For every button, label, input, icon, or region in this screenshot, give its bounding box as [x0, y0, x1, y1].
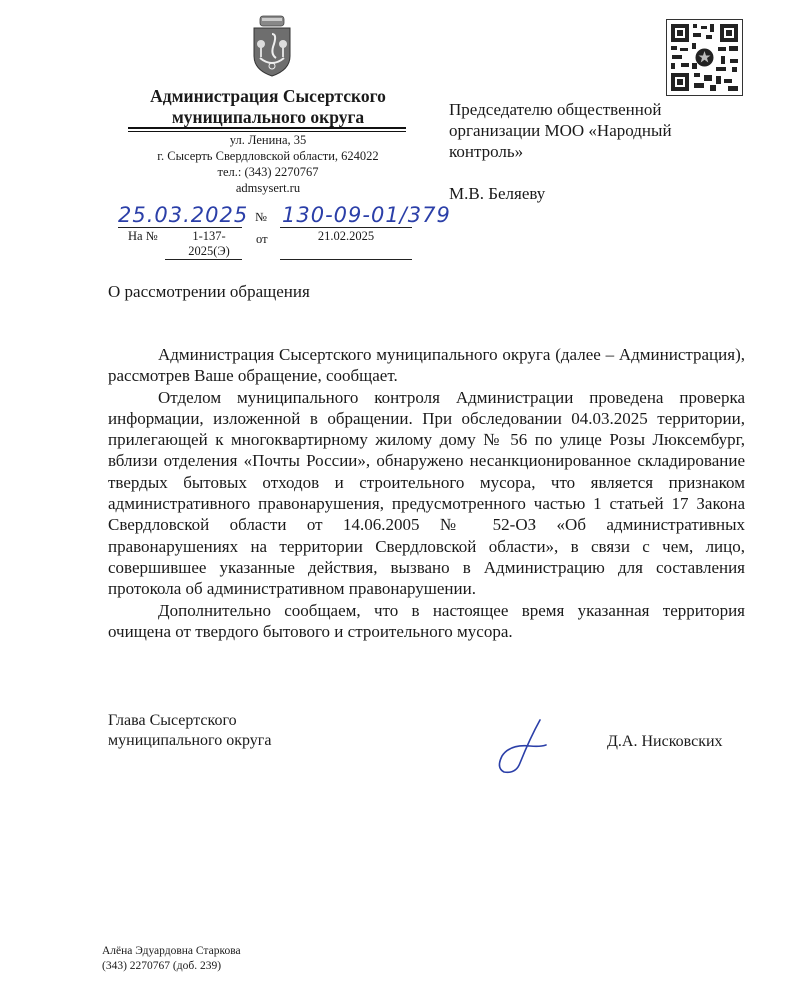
- address-phone: тел.: (343) 2270767: [120, 164, 416, 180]
- executor-info: Алёна Эдуардовна Старкова (343) 2270767 …: [102, 944, 241, 974]
- qr-code-icon: [666, 19, 743, 96]
- letter-subject: О рассмотрении обращения: [108, 282, 310, 302]
- reply-to-number-line1: 1-137-: [178, 229, 240, 244]
- handwritten-signature-icon: [490, 718, 560, 778]
- registration-date: 25.03.2025: [118, 203, 248, 227]
- letter-body: Администрация Сысертского муниципального…: [108, 344, 745, 642]
- letterhead-rule-thick: [128, 127, 406, 129]
- registration-number-label: №: [255, 210, 267, 225]
- body-paragraph: Администрация Сысертского муниципального…: [108, 344, 745, 387]
- organization-address: ул. Ленина, 35 г. Сысерть Свердловской о…: [120, 132, 416, 196]
- body-paragraph: Дополнительно сообщаем, что в настоящее …: [108, 600, 745, 643]
- reply-from-label: от: [256, 232, 268, 247]
- organization-name-line1: Администрация Сысертского: [120, 86, 416, 107]
- executor-name: Алёна Эдуардовна Старкова: [102, 944, 241, 959]
- executor-phone: (343) 2270767 (доб. 239): [102, 959, 241, 974]
- signer-name: Д.А. Нисковских: [607, 733, 723, 751]
- signer-title: Глава Сысертского муниципального округа: [108, 711, 271, 751]
- reply-to-date: 21.02.2025: [280, 229, 412, 244]
- body-paragraph: Отделом муниципального контроля Админист…: [108, 387, 745, 600]
- address-city: г. Сысерть Свердловской области, 624022: [120, 148, 416, 164]
- registration-number-line: [280, 227, 412, 228]
- address-street: ул. Ленина, 35: [120, 132, 416, 148]
- reply-to-label: На №: [128, 229, 158, 244]
- recipient-name: М.В. Беляеву: [449, 183, 749, 204]
- registration-date-line: [118, 227, 242, 228]
- signer-title-line2: муниципального округа: [108, 731, 271, 751]
- recipient-line2: организации МОО «Народный: [449, 120, 749, 141]
- reply-to-number: 1-137- 2025(Э): [178, 229, 240, 259]
- coat-of-arms-icon: [250, 14, 294, 78]
- reply-to-date-line: [280, 259, 412, 260]
- reply-to-number-line: [165, 259, 242, 260]
- organization-name-line2: муниципального округа: [120, 107, 416, 128]
- recipient-line3: контроль»: [449, 141, 749, 162]
- recipient-block: Председателю общественной организации МО…: [449, 99, 749, 204]
- registration-number: 130-09-01/379: [282, 203, 451, 227]
- address-website: admsysert.ru: [120, 180, 416, 196]
- organization-name: Администрация Сысертского муниципального…: [120, 86, 416, 128]
- reply-to-number-line2: 2025(Э): [178, 244, 240, 259]
- recipient-line1: Председателю общественной: [449, 99, 749, 120]
- signer-title-line1: Глава Сысертского: [108, 711, 271, 731]
